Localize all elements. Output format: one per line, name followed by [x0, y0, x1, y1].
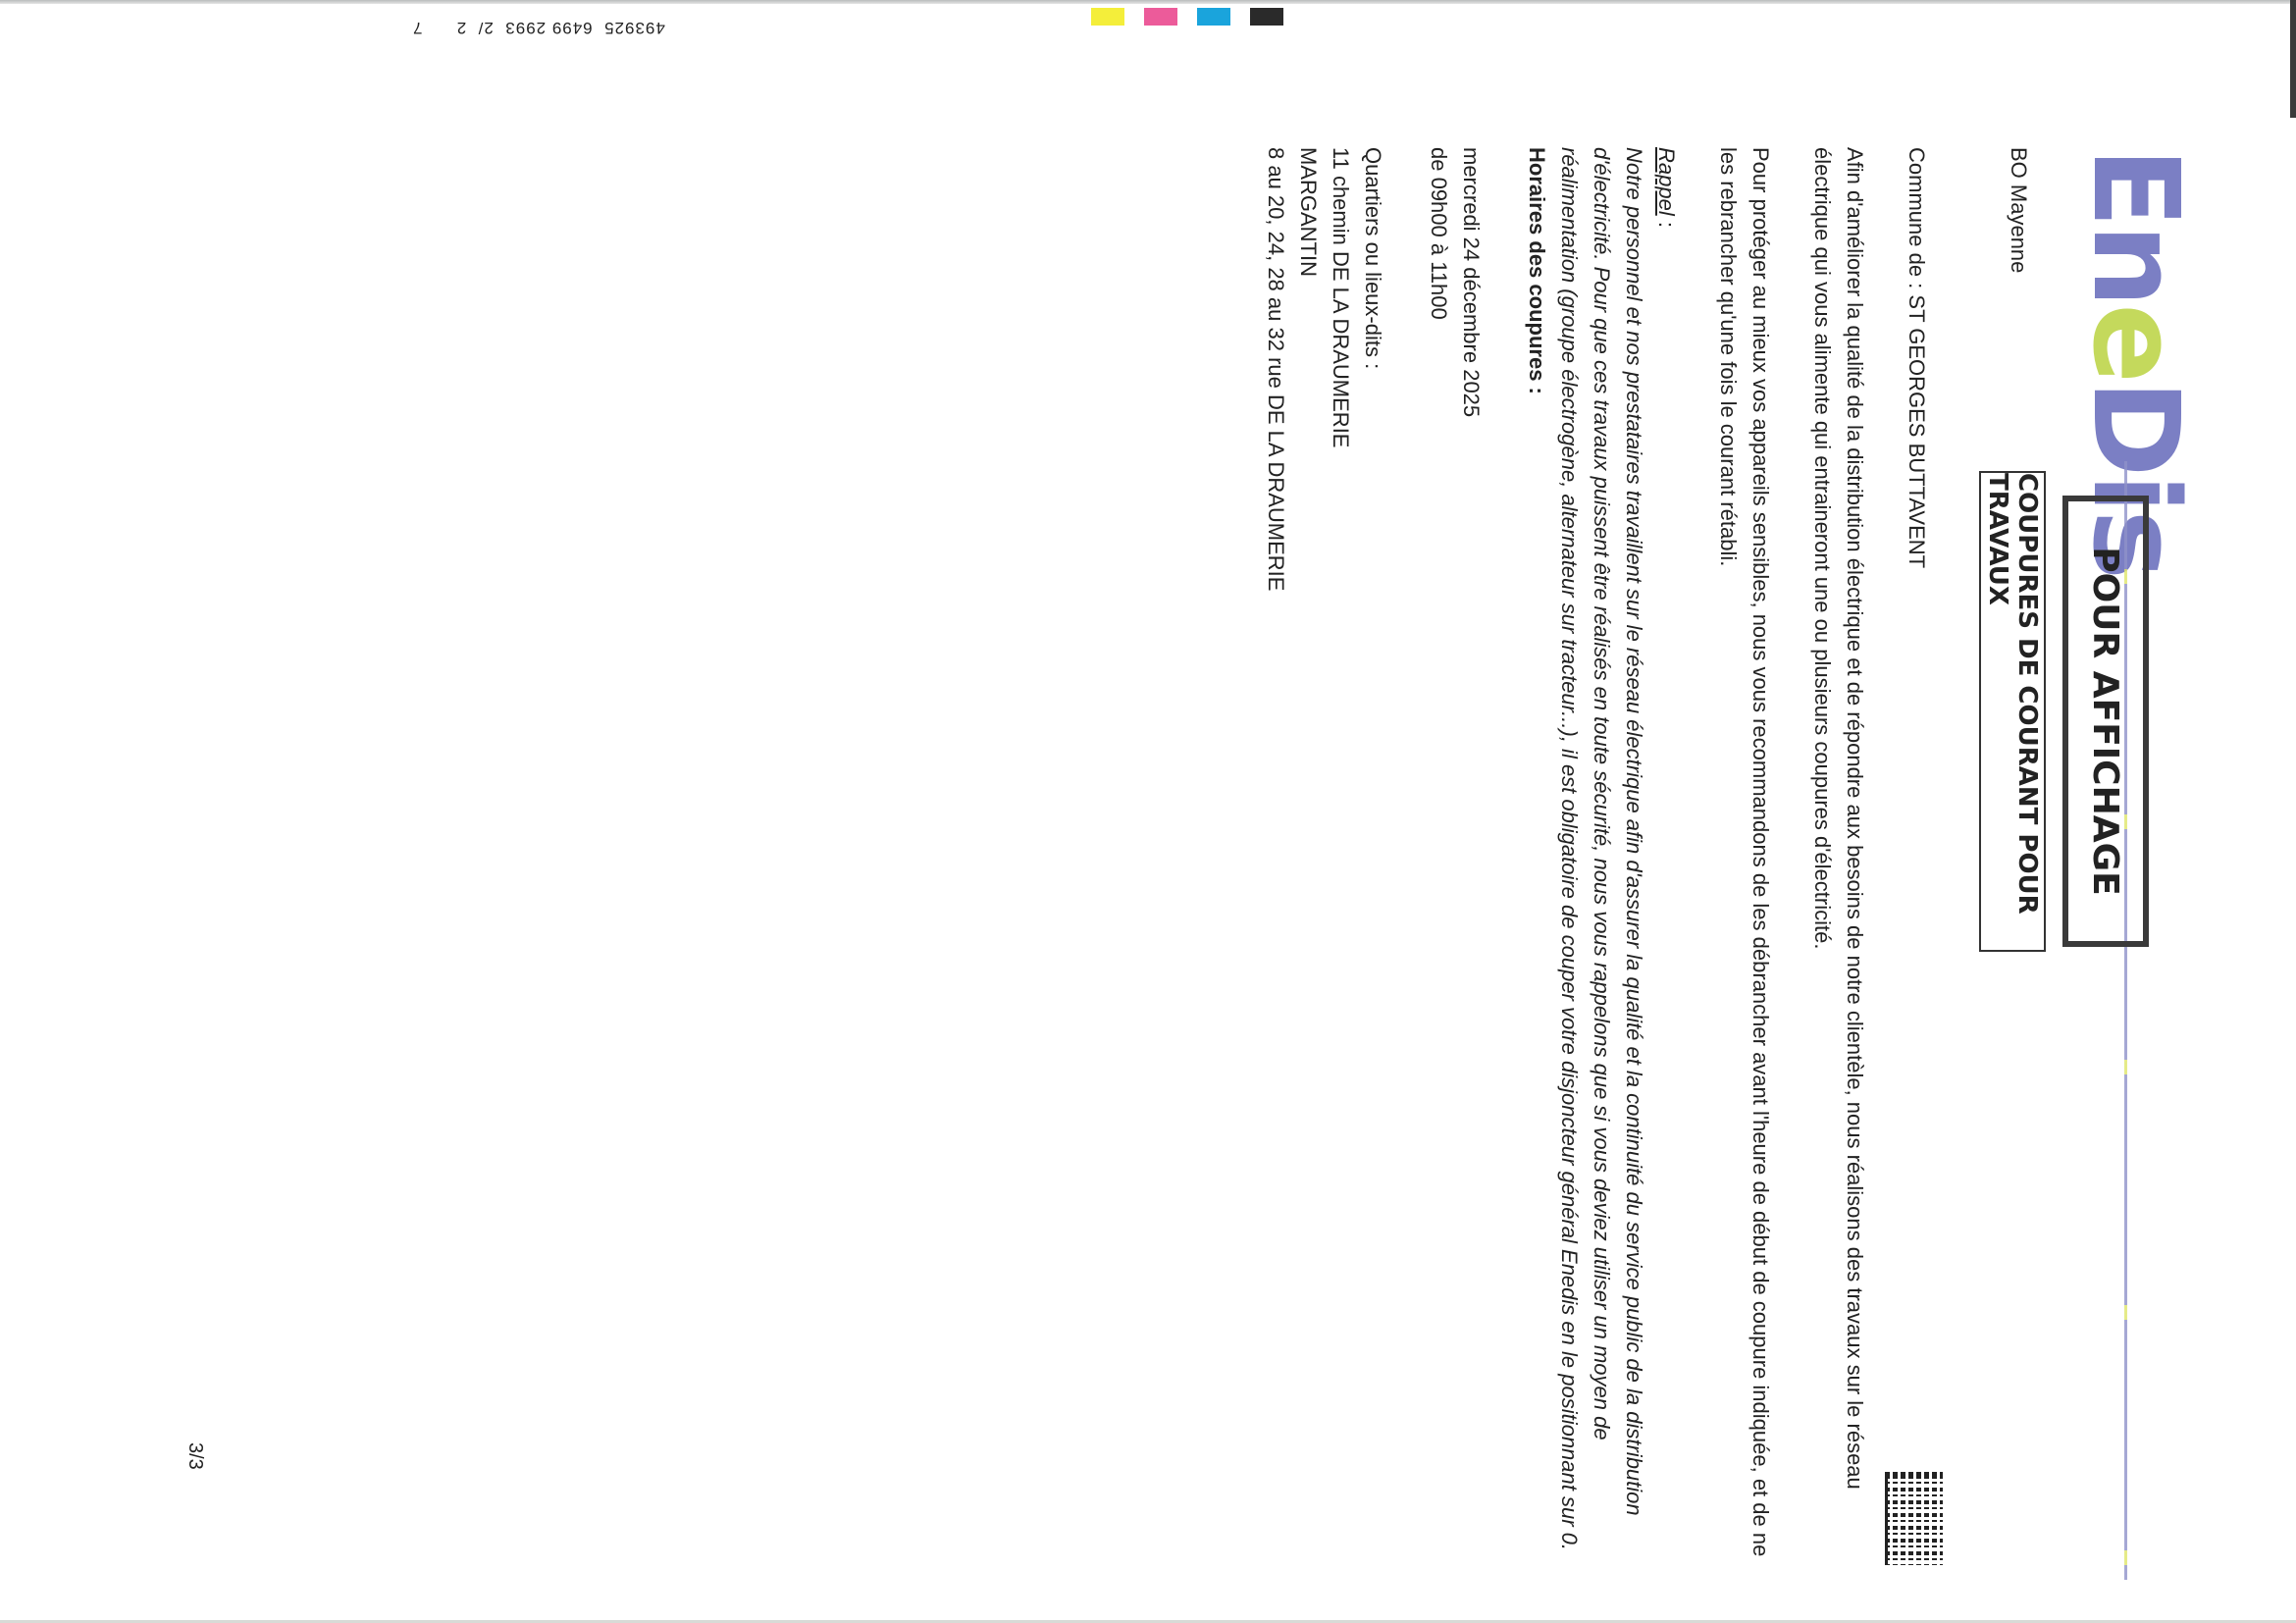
title-box-sub: COUPURES DE COURANT POUR TRAVAUX	[1979, 471, 2046, 952]
location-item: MARGANTIN	[1292, 147, 1325, 1570]
rappel-text: Notre personnel et nos prestataires trav…	[1553, 147, 1650, 1570]
swatch-cyan	[1197, 8, 1230, 26]
protect-paragraph: Pour protéger au mieux vos appareils sen…	[1712, 147, 1777, 1570]
schedule-date: mercredi 24 décembre 2025	[1455, 147, 1487, 1570]
color-registration-marks	[1091, 8, 1283, 26]
printer-code: 493925 6499 2993 2/ 2 7	[412, 18, 665, 37]
swatch-yellow	[1091, 8, 1124, 26]
page-number: 3/3	[183, 1442, 206, 1470]
rappel-colon: :	[1654, 216, 1679, 228]
schedule-time: de 09h00 à 11h00	[1423, 147, 1455, 1570]
title-box-main: POUR AFFICHAGE	[2062, 496, 2149, 947]
notice-page: EneDis BO Mayenne POUR AFFICHAGE COUPURE…	[128, 147, 2188, 1580]
schedule-heading: Horaires des coupures :	[1521, 147, 1553, 1570]
intro-paragraph: Afin d'améliorer la qualité de la distri…	[1806, 147, 1871, 1570]
swatch-black	[1250, 8, 1283, 26]
location-item: 8 au 20, 24, 28 au 32 rue DE LA DRAUMERI…	[1260, 147, 1292, 1570]
office-name: BO Mayenne	[2006, 147, 2031, 273]
locations-heading: Quartiers ou lieux-dits :	[1357, 147, 1389, 1570]
commune: Commune de : ST GEORGES BUTTAVENT	[1901, 147, 1933, 1570]
scan-edge-top	[0, 0, 2296, 4]
rappel-label: Rappel	[1654, 147, 1679, 216]
notice-body: Commune de : ST GEORGES BUTTAVENT Afin d…	[1260, 147, 1933, 1570]
swatch-magenta	[1144, 8, 1177, 26]
page-subtitle: COUPURES DE COURANT POUR TRAVAUX	[1983, 473, 2042, 950]
page-title: POUR AFFICHAGE	[2086, 547, 2126, 895]
rappel-block: Rappel : Notre personnel et nos prestata…	[1553, 147, 1683, 1570]
scan-edge-right	[2290, 0, 2296, 118]
location-item: 11 chemin DE LA DRAUMERIE	[1325, 147, 1357, 1570]
